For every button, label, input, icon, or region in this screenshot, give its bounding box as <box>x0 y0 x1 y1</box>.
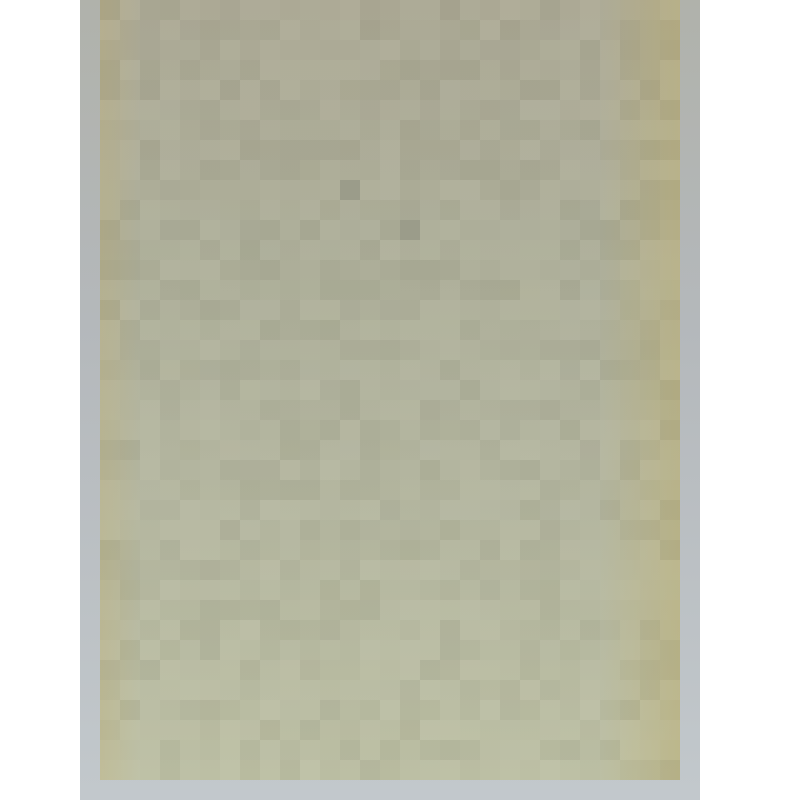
mosaic-block <box>320 460 340 480</box>
pixel-mosaic <box>100 0 680 780</box>
mosaic-block <box>440 280 460 300</box>
mosaic-block <box>280 360 300 380</box>
mosaic-block <box>420 140 440 160</box>
mosaic-block <box>580 280 600 300</box>
mosaic-block <box>280 0 300 20</box>
mosaic-block <box>160 640 180 660</box>
mosaic-block <box>100 400 120 420</box>
mosaic-block <box>420 540 440 560</box>
mosaic-block <box>460 320 480 340</box>
mosaic-block <box>260 340 280 360</box>
mosaic-block <box>100 460 120 480</box>
mosaic-block <box>460 0 480 20</box>
mosaic-block <box>120 360 140 380</box>
mosaic-block <box>380 560 400 580</box>
mosaic-block <box>180 460 200 480</box>
mosaic-block <box>600 100 620 120</box>
mosaic-block <box>400 0 420 20</box>
mosaic-block <box>140 420 160 440</box>
mosaic-block <box>220 200 240 220</box>
mosaic-block <box>120 380 140 400</box>
mosaic-block <box>360 220 380 240</box>
mosaic-block <box>340 560 360 580</box>
mosaic-block <box>140 740 160 760</box>
mosaic-block <box>400 420 420 440</box>
mosaic-block <box>640 680 660 700</box>
mosaic-block <box>320 260 340 280</box>
mosaic-block <box>160 200 180 220</box>
mosaic-block <box>180 540 200 560</box>
mosaic-block <box>600 380 620 400</box>
mosaic-block <box>580 120 600 140</box>
mosaic-block <box>300 360 320 380</box>
mosaic-block <box>620 580 640 600</box>
mosaic-block <box>260 260 280 280</box>
mosaic-block <box>520 600 540 620</box>
mosaic-block <box>280 660 300 680</box>
mosaic-block <box>540 580 560 600</box>
mosaic-block <box>340 180 360 200</box>
mosaic-block <box>220 280 240 300</box>
mosaic-block <box>300 620 320 640</box>
mosaic-block <box>120 480 140 500</box>
mosaic-block <box>600 320 620 340</box>
mosaic-block <box>360 740 380 760</box>
mosaic-block <box>180 240 200 260</box>
mosaic-block <box>620 20 640 40</box>
mosaic-block <box>240 260 260 280</box>
mosaic-block <box>580 380 600 400</box>
mosaic-block <box>240 200 260 220</box>
mosaic-block <box>220 500 240 520</box>
mosaic-block <box>640 40 660 60</box>
mosaic-block <box>560 160 580 180</box>
mosaic-block <box>200 540 220 560</box>
mosaic-block <box>660 400 680 420</box>
mosaic-block <box>240 360 260 380</box>
mosaic-block <box>260 540 280 560</box>
mosaic-block <box>360 760 380 780</box>
mosaic-block <box>320 620 340 640</box>
mosaic-block <box>240 440 260 460</box>
mosaic-block <box>460 120 480 140</box>
mosaic-block <box>540 440 560 460</box>
mosaic-block <box>580 200 600 220</box>
mosaic-block <box>200 480 220 500</box>
mosaic-block <box>380 600 400 620</box>
mosaic-block <box>220 360 240 380</box>
mosaic-block <box>300 180 320 200</box>
mosaic-block <box>520 400 540 420</box>
mosaic-block <box>300 120 320 140</box>
mosaic-block <box>500 20 520 40</box>
mosaic-block <box>440 620 460 640</box>
mosaic-block <box>500 640 520 660</box>
mosaic-block <box>500 200 520 220</box>
mosaic-block <box>100 180 120 200</box>
mosaic-block <box>380 60 400 80</box>
mosaic-block <box>300 420 320 440</box>
mosaic-block <box>160 60 180 80</box>
mosaic-block <box>420 0 440 20</box>
mosaic-block <box>660 580 680 600</box>
mosaic-block <box>560 180 580 200</box>
mosaic-block <box>100 0 120 20</box>
mosaic-block <box>600 520 620 540</box>
mosaic-block <box>340 160 360 180</box>
mosaic-block <box>620 680 640 700</box>
mosaic-block <box>100 480 120 500</box>
mosaic-block <box>520 80 540 100</box>
mosaic-block <box>340 740 360 760</box>
mosaic-block <box>340 260 360 280</box>
mosaic-block <box>600 260 620 280</box>
mosaic-block <box>520 420 540 440</box>
mosaic-block <box>640 300 660 320</box>
mosaic-block <box>660 340 680 360</box>
mosaic-block <box>600 720 620 740</box>
mosaic-block <box>200 80 220 100</box>
mosaic-block <box>420 180 440 200</box>
mosaic-block <box>340 80 360 100</box>
mosaic-block <box>320 60 340 80</box>
mosaic-block <box>340 720 360 740</box>
mosaic-block <box>420 500 440 520</box>
mosaic-block <box>560 400 580 420</box>
mosaic-block <box>460 620 480 640</box>
mosaic-block <box>220 700 240 720</box>
mosaic-block <box>260 420 280 440</box>
mosaic-block <box>580 360 600 380</box>
mosaic-block <box>400 540 420 560</box>
mosaic-block <box>620 320 640 340</box>
mosaic-block <box>560 660 580 680</box>
mosaic-block <box>140 300 160 320</box>
mosaic-block <box>300 520 320 540</box>
mosaic-block <box>260 60 280 80</box>
mosaic-block <box>360 440 380 460</box>
mosaic-block <box>520 500 540 520</box>
mosaic-block <box>140 100 160 120</box>
mosaic-block <box>300 200 320 220</box>
mosaic-block <box>420 220 440 240</box>
mosaic-block <box>500 400 520 420</box>
mosaic-block <box>460 380 480 400</box>
mosaic-block <box>100 340 120 360</box>
mosaic-block <box>480 340 500 360</box>
mosaic-block <box>540 80 560 100</box>
mosaic-block <box>460 520 480 540</box>
mosaic-block <box>320 360 340 380</box>
mosaic-block <box>660 20 680 40</box>
mosaic-block <box>480 620 500 640</box>
mosaic-block <box>220 680 240 700</box>
mosaic-block <box>100 300 120 320</box>
mosaic-block <box>380 520 400 540</box>
mosaic-block <box>540 400 560 420</box>
mosaic-block <box>540 240 560 260</box>
mosaic-block <box>120 540 140 560</box>
mosaic-block <box>340 320 360 340</box>
mosaic-block <box>280 420 300 440</box>
mosaic-block <box>460 500 480 520</box>
mosaic-block <box>560 200 580 220</box>
mosaic-block <box>320 600 340 620</box>
mosaic-block <box>480 680 500 700</box>
mosaic-block <box>100 280 120 300</box>
mosaic-block <box>240 100 260 120</box>
mosaic-block <box>280 80 300 100</box>
mosaic-block <box>260 660 280 680</box>
mosaic-block <box>400 100 420 120</box>
mosaic-block <box>120 640 140 660</box>
mosaic-block <box>340 760 360 780</box>
mosaic-block <box>520 440 540 460</box>
mosaic-block <box>300 740 320 760</box>
mosaic-block <box>340 100 360 120</box>
mosaic-block <box>420 120 440 140</box>
mosaic-block <box>500 60 520 80</box>
mosaic-block <box>360 400 380 420</box>
mosaic-block <box>400 60 420 80</box>
mosaic-block <box>500 560 520 580</box>
mosaic-block <box>400 700 420 720</box>
mosaic-block <box>460 80 480 100</box>
mosaic-block <box>120 60 140 80</box>
mosaic-block <box>240 140 260 160</box>
mosaic-block <box>200 240 220 260</box>
mosaic-block <box>620 540 640 560</box>
mosaic-block <box>340 400 360 420</box>
mosaic-block <box>620 600 640 620</box>
mosaic-block <box>540 120 560 140</box>
mosaic-block <box>580 500 600 520</box>
mosaic-block <box>560 580 580 600</box>
mosaic-block <box>360 40 380 60</box>
mosaic-block <box>640 480 660 500</box>
mosaic-block <box>120 280 140 300</box>
mosaic-block <box>360 620 380 640</box>
mosaic-block <box>520 240 540 260</box>
mosaic-block <box>380 220 400 240</box>
mosaic-block <box>300 260 320 280</box>
mosaic-block <box>360 500 380 520</box>
mosaic-block <box>540 740 560 760</box>
mosaic-block <box>180 380 200 400</box>
mosaic-block <box>220 300 240 320</box>
mosaic-block <box>380 760 400 780</box>
mosaic-block <box>360 160 380 180</box>
mosaic-block <box>260 460 280 480</box>
mosaic-block <box>140 20 160 40</box>
mosaic-block <box>100 240 120 260</box>
mosaic-block <box>560 440 580 460</box>
mosaic-block <box>540 420 560 440</box>
mosaic-block <box>380 100 400 120</box>
mosaic-block <box>560 260 580 280</box>
mosaic-block <box>320 240 340 260</box>
mosaic-block <box>540 300 560 320</box>
mosaic-block <box>660 120 680 140</box>
mosaic-block <box>340 520 360 540</box>
mosaic-block <box>400 140 420 160</box>
mosaic-block <box>100 720 120 740</box>
mosaic-block <box>660 320 680 340</box>
mosaic-block <box>480 160 500 180</box>
mosaic-block <box>260 440 280 460</box>
mosaic-block <box>500 40 520 60</box>
mosaic-block <box>640 600 660 620</box>
mosaic-block <box>340 200 360 220</box>
mosaic-block <box>480 200 500 220</box>
mosaic-block <box>320 520 340 540</box>
mosaic-block <box>460 200 480 220</box>
mosaic-block <box>380 380 400 400</box>
mosaic-block <box>280 440 300 460</box>
mosaic-block <box>460 20 480 40</box>
mosaic-block <box>620 420 640 440</box>
mosaic-block <box>240 460 260 480</box>
mosaic-block <box>420 400 440 420</box>
mosaic-block <box>460 560 480 580</box>
mosaic-block <box>380 0 400 20</box>
mosaic-block <box>400 600 420 620</box>
mosaic-block <box>420 360 440 380</box>
mosaic-block <box>620 340 640 360</box>
mosaic-block <box>340 460 360 480</box>
mosaic-block <box>300 760 320 780</box>
mosaic-block <box>640 20 660 40</box>
mosaic-block <box>260 40 280 60</box>
mosaic-block <box>400 40 420 60</box>
mosaic-block <box>180 120 200 140</box>
mosaic-block <box>440 160 460 180</box>
mosaic-block <box>360 320 380 340</box>
mosaic-block <box>220 60 240 80</box>
mosaic-block <box>300 220 320 240</box>
mosaic-block <box>220 120 240 140</box>
mosaic-block <box>340 700 360 720</box>
mosaic-block <box>640 0 660 20</box>
mosaic-block <box>280 580 300 600</box>
mosaic-block <box>140 160 160 180</box>
mosaic-block <box>640 500 660 520</box>
mosaic-block <box>560 280 580 300</box>
mosaic-block <box>480 480 500 500</box>
mosaic-block <box>420 280 440 300</box>
mosaic-block <box>540 100 560 120</box>
mosaic-block <box>140 220 160 240</box>
mosaic-block <box>660 180 680 200</box>
mosaic-block <box>320 300 340 320</box>
mosaic-block <box>560 720 580 740</box>
mosaic-block <box>220 560 240 580</box>
mosaic-block <box>320 220 340 240</box>
mosaic-block <box>300 100 320 120</box>
mosaic-block <box>200 680 220 700</box>
mosaic-block <box>380 340 400 360</box>
mosaic-block <box>640 160 660 180</box>
mosaic-block <box>520 680 540 700</box>
mosaic-block <box>640 260 660 280</box>
mosaic-block <box>400 260 420 280</box>
mosaic-block <box>120 240 140 260</box>
mosaic-block <box>160 160 180 180</box>
mosaic-block <box>380 20 400 40</box>
mosaic-block <box>120 80 140 100</box>
mosaic-block <box>160 400 180 420</box>
mosaic-block <box>140 480 160 500</box>
mosaic-block <box>100 740 120 760</box>
mosaic-block <box>580 420 600 440</box>
mosaic-block <box>320 180 340 200</box>
mosaic-block <box>620 120 640 140</box>
mosaic-block <box>140 440 160 460</box>
mosaic-block <box>280 760 300 780</box>
mosaic-block <box>660 700 680 720</box>
mosaic-block <box>160 260 180 280</box>
mosaic-block <box>180 140 200 160</box>
mosaic-block <box>200 500 220 520</box>
mosaic-block <box>520 740 540 760</box>
mosaic-block <box>340 440 360 460</box>
mosaic-block <box>620 280 640 300</box>
mosaic-block <box>620 660 640 680</box>
mosaic-block <box>460 460 480 480</box>
mosaic-block <box>160 320 180 340</box>
mosaic-block <box>120 760 140 780</box>
mosaic-block <box>220 40 240 60</box>
mosaic-block <box>220 20 240 40</box>
mosaic-block <box>200 160 220 180</box>
mosaic-block <box>640 380 660 400</box>
mosaic-block <box>240 420 260 440</box>
mosaic-block <box>660 640 680 660</box>
mosaic-block <box>120 100 140 120</box>
mosaic-block <box>380 720 400 740</box>
mosaic-block <box>180 260 200 280</box>
mosaic-block <box>280 160 300 180</box>
mosaic-block <box>440 680 460 700</box>
mosaic-block <box>200 100 220 120</box>
mosaic-block <box>480 320 500 340</box>
mosaic-block <box>280 20 300 40</box>
mosaic-block <box>140 320 160 340</box>
mosaic-block <box>560 100 580 120</box>
mosaic-block <box>560 500 580 520</box>
mosaic-block <box>320 720 340 740</box>
mosaic-block <box>360 280 380 300</box>
mosaic-block <box>340 140 360 160</box>
mosaic-block <box>540 60 560 80</box>
mosaic-block <box>540 140 560 160</box>
mosaic-block <box>580 760 600 780</box>
mosaic-block <box>580 560 600 580</box>
mosaic-block <box>460 40 480 60</box>
mosaic-block <box>160 600 180 620</box>
mosaic-block <box>660 100 680 120</box>
mosaic-block <box>220 760 240 780</box>
mosaic-block <box>320 120 340 140</box>
mosaic-block <box>120 660 140 680</box>
mosaic-block <box>380 440 400 460</box>
mosaic-block <box>280 540 300 560</box>
mosaic-block <box>440 0 460 20</box>
mosaic-block <box>240 180 260 200</box>
mosaic-block <box>500 360 520 380</box>
mosaic-block <box>160 100 180 120</box>
mosaic-block <box>580 320 600 340</box>
